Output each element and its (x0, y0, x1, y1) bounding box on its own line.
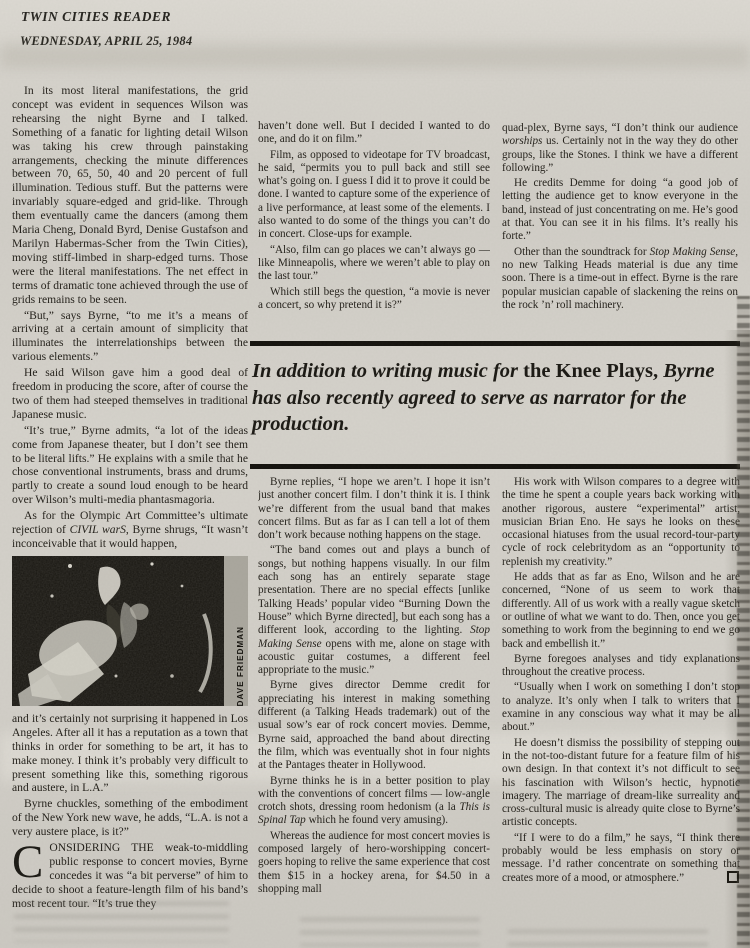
article-paragraph: “But,” says Byrne, “to me it’s a means o… (12, 309, 248, 365)
article-paragraph: He doesn’t dismiss the possibility of st… (502, 737, 740, 830)
article-paragraph: Byrne foregoes analyses and tidy explana… (502, 653, 740, 680)
article-paragraph: Film, as opposed to videotape for TV bro… (258, 149, 490, 242)
byrne-photo-image (12, 556, 224, 706)
byrne-photo: DAVE FRIEDMAN (12, 556, 248, 706)
text-segment: Stop Making Sense (650, 246, 736, 258)
pull-quote: In addition to writing music for the Kne… (250, 341, 740, 469)
article-paragraph: In its most literal manifestations, the … (12, 84, 248, 307)
article-paragraph: His work with Wilson compares to a degre… (502, 476, 740, 569)
article-paragraph: “Usually when I work on something I don’… (502, 681, 740, 734)
article-paragraph: “If I were to do a film,” he says, “I th… (502, 832, 740, 885)
column-3-lower: His work with Wilson compares to a degre… (502, 476, 740, 946)
text-segment: the Knee Plays, (523, 360, 658, 382)
newspaper-page: { "header": { "masthead": "TWIN CITIES R… (0, 0, 750, 948)
text-segment: CIVIL warS (70, 523, 126, 536)
article-paragraph: quad-plex, Byrne says, “I don’t think ou… (502, 122, 738, 175)
article-paragraph: Whereas the audience for most concert mo… (258, 830, 490, 896)
masthead: TWIN CITIES READER (21, 9, 171, 25)
article-paragraph: “The band comes out and plays a bunch of… (258, 544, 490, 677)
article-paragraph: He adds that as far as Eno, Wilson and h… (502, 571, 740, 651)
article-paragraph: “It’s true,” Byrne admits, “a lot of the… (12, 424, 248, 507)
article-paragraph: Byrne replies, “I hope we aren’t. I hope… (258, 476, 490, 542)
date-line: WEDNESDAY, APRIL 25, 1984 (20, 34, 192, 49)
article-paragraph: In addition to writing music for the Kne… (252, 358, 734, 438)
photo-credit-strip: DAVE FRIEDMAN (224, 556, 248, 706)
photo-credit: DAVE FRIEDMAN (233, 623, 248, 706)
column-1: In its most literal manifestations, the … (12, 84, 248, 948)
column-2-upper: haven’t done well. But I decided I wante… (258, 120, 490, 338)
end-of-article-mark (727, 871, 739, 883)
drop-cap: C (12, 841, 49, 881)
column-2-lower: Byrne replies, “I hope we aren’t. I hope… (258, 476, 490, 946)
article-paragraph: Byrne chuckles, something of the embodim… (12, 797, 248, 839)
column-3-upper: quad-plex, Byrne says, “I don’t think ou… (502, 122, 738, 338)
article-paragraph: Byrne thinks he is in a better position … (258, 775, 490, 828)
column-1-lower-text: and it’s certainly not surprising it hap… (12, 712, 248, 911)
article-paragraph: He credits Demme for doing “a good job o… (502, 177, 738, 243)
text-segment: This is Spinal Tap (258, 801, 490, 826)
article-paragraph: Byrne gives director Demme credit for ap… (258, 679, 490, 772)
article-paragraph: “Also, film can go places we can’t alway… (258, 244, 490, 284)
article-paragraph: CONSIDERING THE weak-to-middling public … (12, 841, 248, 911)
text-segment: Stop Making Sense (258, 624, 490, 649)
article-paragraph: and it’s certainly not surprising it hap… (12, 712, 248, 795)
column-1-upper-text: In its most literal manifestations, the … (12, 84, 248, 551)
text-segment: worships (502, 135, 542, 147)
article-paragraph: Other than the soundtrack for Stop Makin… (502, 246, 738, 312)
article-paragraph: He said Wilson gave him a good deal of f… (12, 366, 248, 422)
article-paragraph: As for the Olympic Art Committee’s ultim… (12, 509, 248, 551)
article-paragraph: haven’t done well. But I decided I wante… (258, 120, 490, 147)
article-paragraph: Which still begs the question, “a movie … (258, 286, 490, 313)
